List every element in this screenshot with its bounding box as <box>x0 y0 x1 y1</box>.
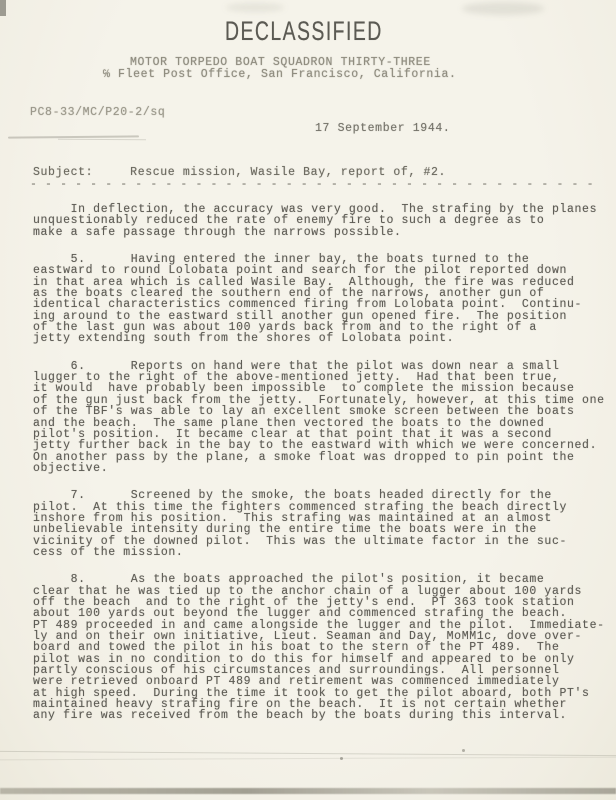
paragraph-intro: In deflection, the accuracy was very goo… <box>33 204 613 238</box>
paper-crease <box>0 757 616 761</box>
paragraph-7: 7. Screened by the smoke, the boats head… <box>33 490 613 558</box>
letterhead-address-line: ℅ Fleet Post Office, San Francisco, Cali… <box>103 68 457 81</box>
file-reference: PC8-33/MC/P20-2/sq <box>30 106 165 119</box>
document-body: In deflection, the accuracy was very goo… <box>33 204 613 722</box>
paragraph-6: 6. Reports on hand were that the pilot w… <box>33 361 613 474</box>
ink-speck <box>340 757 343 760</box>
ink-speck <box>462 749 465 752</box>
date-line: 17 September 1944. <box>315 122 450 135</box>
pencil-underline <box>58 139 146 141</box>
paper-crease <box>0 751 616 756</box>
scan-smudge <box>462 2 544 15</box>
page-bottom-edge <box>0 788 616 794</box>
paragraph-5: 5. Having entered the inner bay, the boa… <box>33 254 613 345</box>
declassified-stamp: DECLASSIFIED <box>225 16 383 47</box>
paragraph-8: 8. As the boats approached the pilot's p… <box>33 574 613 721</box>
separator-dashes: - - - - - - - - - - - - - - - - - - - - … <box>30 178 594 191</box>
document-page: DECLASSIFIED MOTOR TORPEDO BOAT SQUADRON… <box>0 0 616 800</box>
scan-edge-mark <box>0 0 6 16</box>
scan-smudge <box>226 3 284 12</box>
